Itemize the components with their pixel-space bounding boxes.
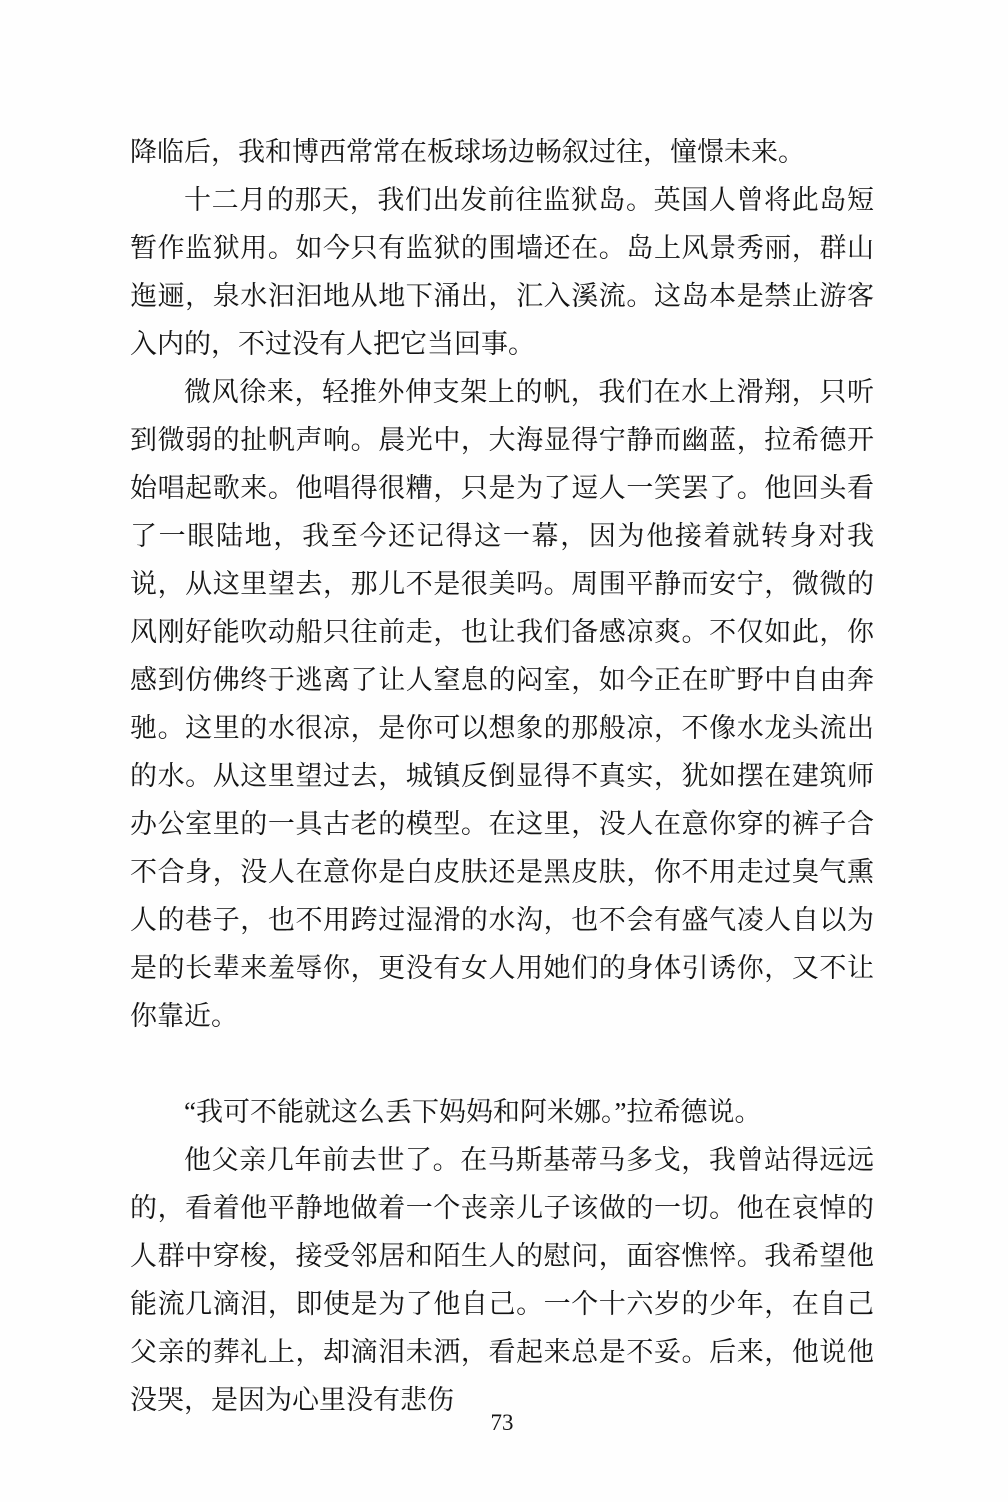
page-number: 73 [130,1410,874,1436]
paragraph: 降临后，我和博西常常在板球场边畅叙过往，憧憬未来。 [130,128,874,176]
paragraph: 十二月的那天，我们出发前往监狱岛。英国人曾将此岛短暂作监狱用。如今只有监狱的围墙… [130,176,874,368]
book-page: 降临后，我和博西常常在板球场边畅叙过往，憧憬未来。 十二月的那天，我们出发前往监… [0,0,1008,1502]
paragraph: 他父亲几年前去世了。在马斯基蒂马多戈，我曾站得远远的，看着他平静地做着一个丧亲儿… [130,1136,874,1424]
paragraph: 微风徐来，轻推外伸支架上的帆，我们在水上滑翔，只听到微弱的扯帆声响。晨光中，大海… [130,368,874,1040]
paragraph-dialogue: “我可不能就这么丢下妈妈和阿米娜。”拉希德说。 [130,1088,874,1136]
body-text: 降临后，我和博西常常在板球场边畅叙过往，憧憬未来。 十二月的那天，我们出发前往监… [130,128,874,1424]
